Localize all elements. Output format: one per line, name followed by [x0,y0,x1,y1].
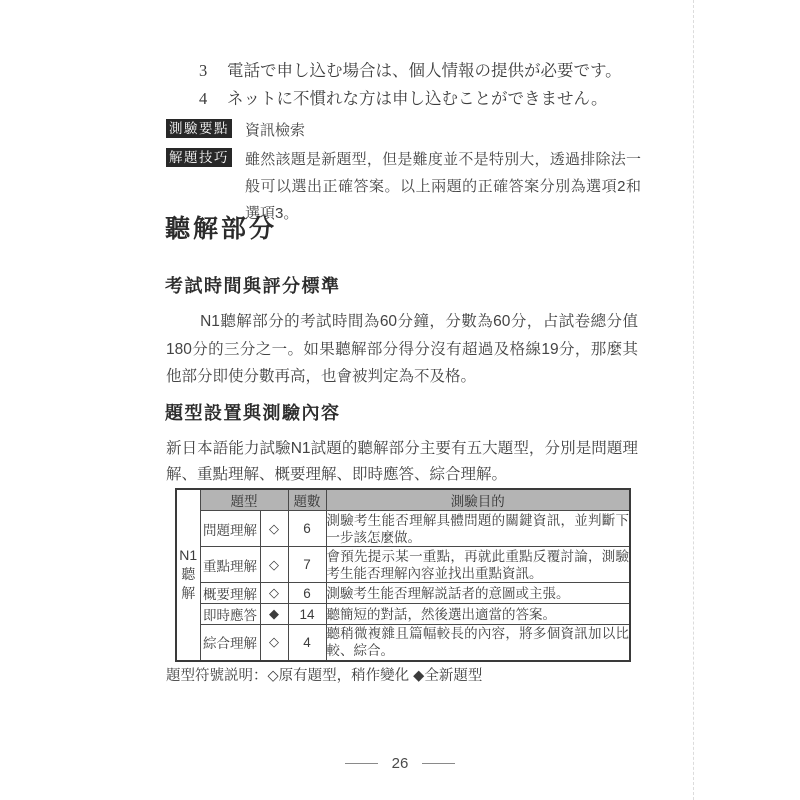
answer-option-number: 4 [199,85,212,113]
diamond-outline-icon: ◇ [260,583,288,604]
table-header-type: 題型 [200,489,288,511]
table-header-row: N1聽解 題型 題數 測驗目的 [176,489,630,511]
table-row: 即時應答 ◆ 14 聽簡短的對話，然後選出適當的答案。 [176,604,630,625]
diamond-outline-icon: ◇ [260,511,288,547]
test-point-row: 測驗要點 資訊檢索 [166,117,641,144]
technique-content: 雖然該題是新題型，但是難度並不是特別大，透過排除法一般可以選出正確答案。以上兩題… [245,146,641,227]
cell-purpose: 測驗考生能否理解説話者的意圖或主張。 [326,583,630,604]
answer-options: 3 電話で申し込む場合は、個人情報の提供が必要です。 4 ネットに不慣れな方は申… [199,57,622,112]
cell-count: 6 [288,583,326,604]
diamond-filled-icon: ◆ [260,604,288,625]
subsection-title-question-types: 題型設置與測驗內容 [165,399,341,425]
table-row: 問題理解 ◇ 6 測驗考生能否理解具體問題的關鍵資訊，並判斷下一步該怎麼做。 [176,511,630,547]
cell-count: 4 [288,625,326,661]
table-group-label: N1聽解 [176,489,200,661]
table-legend: 題型符號説明：◇原有題型，稍作變化 ◆全新題型 [166,664,482,685]
cell-type: 綜合理解 [200,625,260,661]
paragraph-question-types: 新日本語能力試驗N1試題的聽解部分主要有五大題型，分別是問題理解、重點理解、概要… [166,436,638,488]
page-number: 26 [0,755,800,772]
page-number-value: 26 [392,755,409,772]
table-row: 概要理解 ◇ 6 測驗考生能否理解説話者的意圖或主張。 [176,583,630,604]
answer-option-number: 3 [199,57,212,85]
cell-count: 6 [288,511,326,547]
cell-type: 問題理解 [200,511,260,547]
cell-purpose: 測驗考生能否理解具體問題的關鍵資訊，並判斷下一步該怎麼做。 [326,511,630,547]
page-number-rule-left [345,763,378,764]
section-title: 聽解部分 [165,209,277,245]
cell-count: 14 [288,604,326,625]
test-point-content: 資訊檢索 [245,117,641,144]
table-row: 重點理解 ◇ 7 會預先提示某一重點，再就此重點反覆討論，測驗考生能否理解內容並… [176,547,630,583]
cell-count: 7 [288,547,326,583]
answer-option-text: 電話で申し込む場合は、個人情報の提供が必要です。 [227,57,622,85]
answer-option: 3 電話で申し込む場合は、個人情報の提供が必要です。 [199,57,622,85]
cell-type: 重點理解 [200,547,260,583]
book-page: 3 電話で申し込む場合は、個人情報の提供が必要です。 4 ネットに不慣れな方は申… [0,0,800,800]
page-edge-dashed-line [693,0,694,800]
subsection-title-exam-time: 考試時間與評分標準 [165,272,341,298]
answer-option-text: ネットに不慣れな方は申し込むことができません。 [227,85,608,113]
cell-purpose: 聽簡短的對話，然後選出適當的答案。 [326,604,630,625]
test-point-badge: 測驗要點 [166,119,232,138]
table-header-purpose: 測驗目的 [326,489,630,511]
cell-type: 概要理解 [200,583,260,604]
paragraph-exam-time: N1聽解部分的考試時間為60分鐘，分數為60分，占試卷總分值180分的三分之一。… [166,308,638,391]
cell-type: 即時應答 [200,604,260,625]
table-row: 綜合理解 ◇ 4 聽稍微複雜且篇幅較長的內容，將多個資訊加以比較、綜合。 [176,625,630,661]
cell-purpose: 會預先提示某一重點，再就此重點反覆討論，測驗考生能否理解內容並找出重點資訊。 [326,547,630,583]
cell-purpose: 聽稍微複雜且篇幅較長的內容，將多個資訊加以比較、綜合。 [326,625,630,661]
diamond-outline-icon: ◇ [260,625,288,661]
answer-option: 4 ネットに不慣れな方は申し込むことができません。 [199,85,622,113]
table-header-count: 題數 [288,489,326,511]
question-types-table: N1聽解 題型 題數 測驗目的 問題理解 ◇ 6 測驗考生能否理解具體問題的關鍵… [175,488,631,662]
diamond-outline-icon: ◇ [260,547,288,583]
technique-badge: 解題技巧 [166,148,232,167]
question-types-table-wrap: N1聽解 題型 題數 測驗目的 問題理解 ◇ 6 測驗考生能否理解具體問題的關鍵… [175,488,631,662]
page-number-rule-right [422,763,455,764]
